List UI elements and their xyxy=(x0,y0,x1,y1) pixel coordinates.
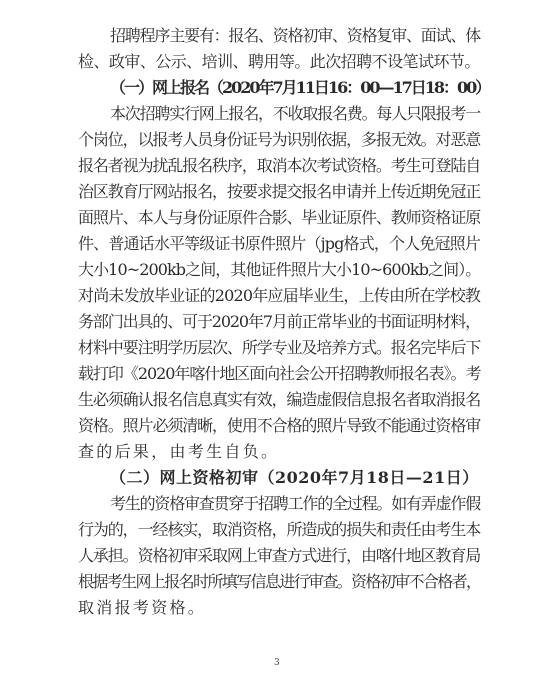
text-line: 材料中要注明学历层次、所学专业及培养方式。报名完毕后下 xyxy=(78,338,480,358)
text-line: 对尚未发放毕业证的2020年应届毕业生，上传由所在学校教 xyxy=(78,286,480,306)
text-line: 行为的，一经核实，取消资格，所造成的损失和责任由考生本 xyxy=(78,520,480,540)
text-line: 考生的资格审查贯穿于招聘工作的全过程。如有弄虚作假 xyxy=(110,494,480,514)
text-line: 大小10~200kb之间，其他证件照片大小10~600kb之间）。 xyxy=(78,260,480,280)
text-line: 务部门出具的、可于2020年7月前正常毕业的书面证明材料， xyxy=(78,312,480,332)
page-number: 3 xyxy=(274,658,280,668)
document-page: 招聘程序主要有：报名、资格初审、资格复审、面试、体检、政审、公示、培训、聘用等。… xyxy=(0,0,555,680)
text-line: 人承担。资格初审采取网上审查方式进行，由喀什地区教育局 xyxy=(78,546,480,566)
text-line: 资格。照片必须清晰，使用不合格的照片导致不能通过资格审 xyxy=(78,416,480,436)
text-line: 面照片、本人与身份证原件合影、毕业证原件、教师资格证原 xyxy=(78,208,480,228)
text-line: 载打印《2020年喀什地区面向社会公开招聘教师报名表》。考 xyxy=(78,364,480,384)
text-line: 个岗位，以报考人员身份证号为识别依据，多报无效。对恶意 xyxy=(78,130,480,150)
text-line: 招聘程序主要有：报名、资格初审、资格复审、面试、体 xyxy=(110,26,480,46)
section-heading: （二）网上资格初审（2020年7月18日—21日） xyxy=(110,468,480,488)
section-heading: （一）网上报名（2020年7月11日16：00—17日18：00） xyxy=(110,78,480,98)
text-line: 治区教育厅网站报名，按要求提交报名申请并上传近期免冠正 xyxy=(78,182,480,202)
text-line: 本次招聘实行网上报名，不收取报名费。每人只限报考一 xyxy=(110,104,480,124)
text-line: 根据考生网上报名时所填写信息进行审查。资格初审不合格者， xyxy=(78,572,480,592)
text-line: 件、普通话水平等级证书原件照片（jpg格式，个人免冠照片 xyxy=(78,234,480,254)
text-line: 报名者视为扰乱报名秩序，取消本次考试资格。考生可登陆自 xyxy=(78,156,480,176)
text-line: 检、政审、公示、培训、聘用等。此次招聘不设笔试环节。 xyxy=(78,52,480,72)
text-line: 取消报考资格。 xyxy=(78,598,480,618)
text-line: 生必须确认报名信息真实有效，编造虚假信息报名者取消报名 xyxy=(78,390,480,410)
text-line: 查的后果，由考生自负。 xyxy=(78,442,480,462)
